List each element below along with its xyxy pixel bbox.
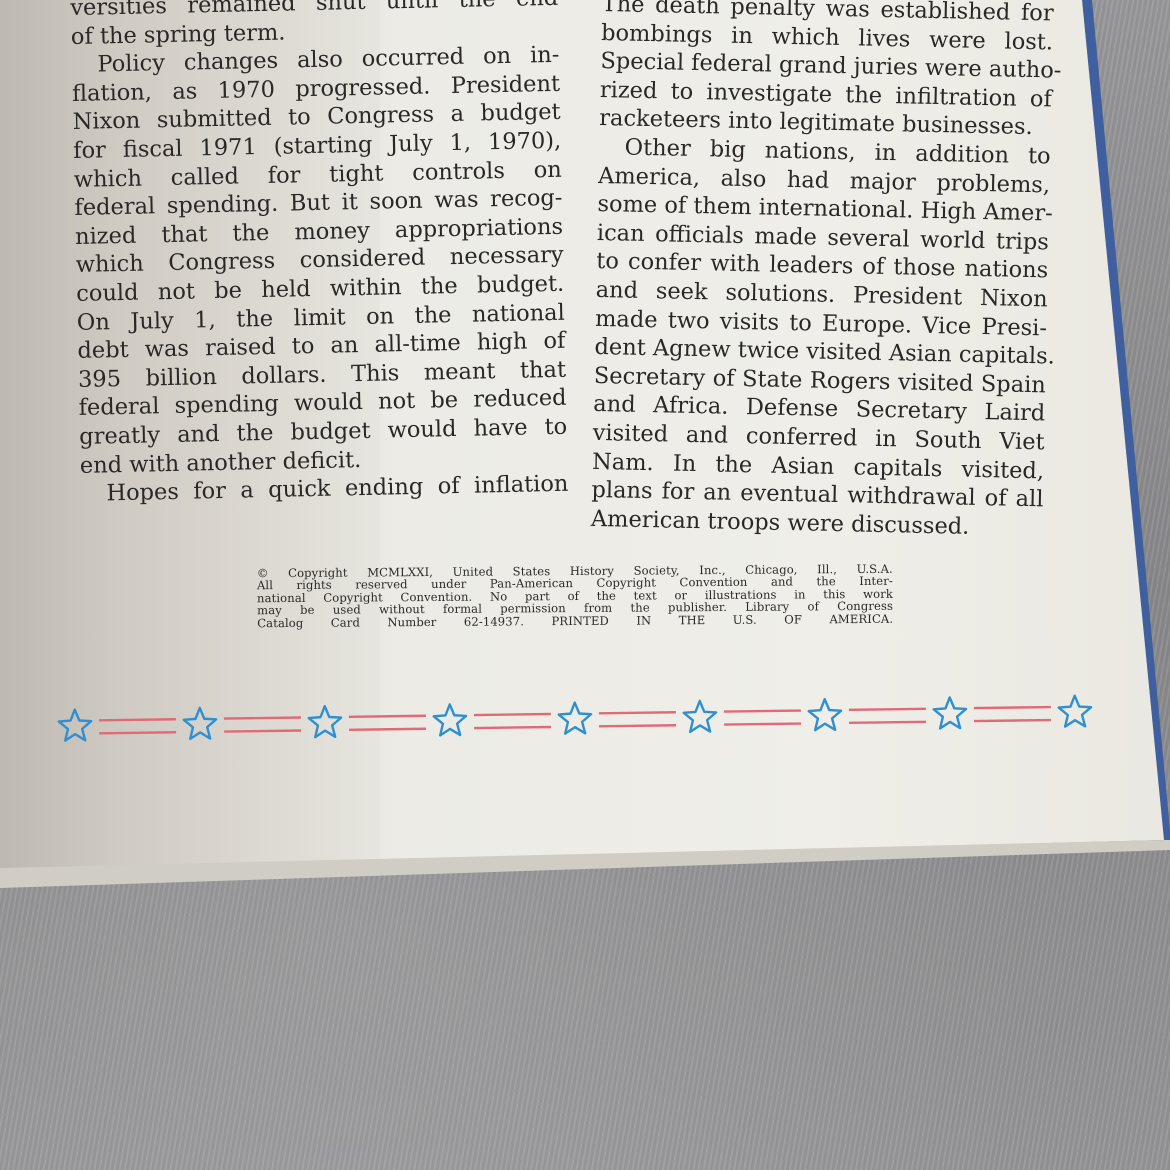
star-outline-icon <box>934 697 967 728</box>
right-text-column: The death penalty was established forbom… <box>591 0 1054 543</box>
star-outline-icon <box>184 708 217 739</box>
star-outline-icon <box>684 701 717 732</box>
double-line-icon <box>99 719 176 733</box>
star-outline-icon <box>809 699 842 730</box>
star-outline-icon <box>309 706 342 737</box>
double-line-icon <box>474 714 551 728</box>
star-outline-icon <box>1058 695 1091 726</box>
left-text-column: versities remained shut until the endof … <box>70 0 569 509</box>
copyright-notice: © Copyright MCMLXXI, United States Histo… <box>257 563 893 629</box>
star-outline-icon <box>559 702 592 733</box>
double-line-icon <box>724 711 801 725</box>
double-line-icon <box>974 707 1051 721</box>
star-outline-icon <box>434 704 467 735</box>
double-line-icon <box>849 709 926 723</box>
double-line-icon <box>224 717 301 731</box>
star-outline-icon <box>59 709 92 740</box>
double-line-icon <box>349 716 426 730</box>
double-line-icon <box>599 712 676 726</box>
